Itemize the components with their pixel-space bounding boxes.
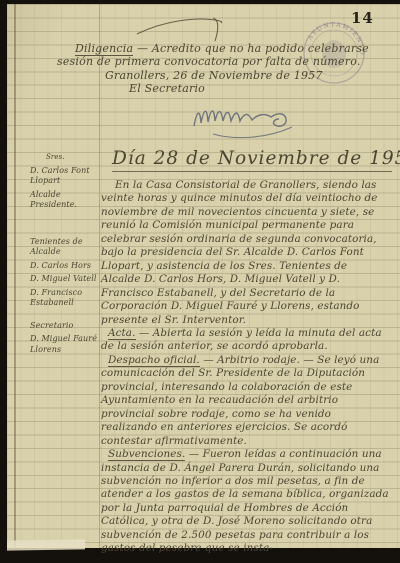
- deputies-label: Tenientes de Alcalde: [30, 237, 98, 258]
- paragraph-title: Despacho oficial.: [108, 354, 200, 367]
- deputy-name: D. Francisco Estabanell: [30, 288, 98, 309]
- secretary-signature-icon: [188, 96, 308, 145]
- diligencia-note: Diligencia — Acredito que no ha podido c…: [57, 42, 387, 96]
- diligencia-signer: El Secretario: [129, 82, 387, 95]
- paragraph-acta: Acta. — Abierta la sesión y leída la min…: [101, 327, 390, 354]
- president-role: Alcalde Presidente.: [30, 190, 98, 211]
- paper-bottom-edge: [7, 539, 85, 550]
- secretary-name: D. Miguel Fauré Llorens: [30, 334, 98, 355]
- paragraph-title: Subvenciones.: [108, 448, 185, 461]
- paragraph-title: Acta.: [108, 327, 136, 340]
- paragraph-text: En la Casa Consistorial de Granollers, s…: [101, 179, 378, 326]
- paragraph-text: — Arbitrio rodaje. — Se leyó una comunic…: [101, 354, 379, 447]
- diligencia-title: Diligencia: [75, 42, 133, 56]
- scanned-minutes-page: 14 AYUNTAMIENTO Diligencia — Acredito qu…: [0, 0, 400, 563]
- binding-fold-line: [14, 4, 16, 548]
- diligencia-place-date: Granollers, 26 de Noviembre de 1957: [105, 69, 387, 82]
- minutes-body: En la Casa Consistorial de Granollers, s…: [101, 179, 390, 556]
- secretary-label: Secretario: [30, 321, 98, 332]
- attendees-margin-list: Sres. D. Carlos Font Llopart Alcalde Pre…: [30, 152, 98, 358]
- paragraph-intro: En la Casa Consistorial de Granollers, s…: [101, 179, 390, 327]
- paragraph-text: — Abierta la sesión y leída la minuta de…: [101, 327, 382, 352]
- paragraph-subvenciones: Subvenciones. — Fueron leídas a continua…: [101, 448, 390, 556]
- paragraph-text: — Fueron leídas a continuación una insta…: [101, 448, 389, 554]
- president-name: D. Carlos Font Llopart: [30, 166, 98, 187]
- deputy-name: D. Miguel Vatell: [30, 274, 98, 285]
- diligencia-paragraph: Diligencia — Acredito que no ha podido c…: [57, 42, 387, 69]
- attendees-label: Sres.: [46, 152, 98, 163]
- deputy-name: D. Carlos Hors: [30, 261, 98, 272]
- paragraph-despacho-oficial: Despacho oficial. — Arbitrio rodaje. — S…: [101, 354, 390, 448]
- session-heading: Día 28 de Noviembre de 1957.: [112, 147, 392, 172]
